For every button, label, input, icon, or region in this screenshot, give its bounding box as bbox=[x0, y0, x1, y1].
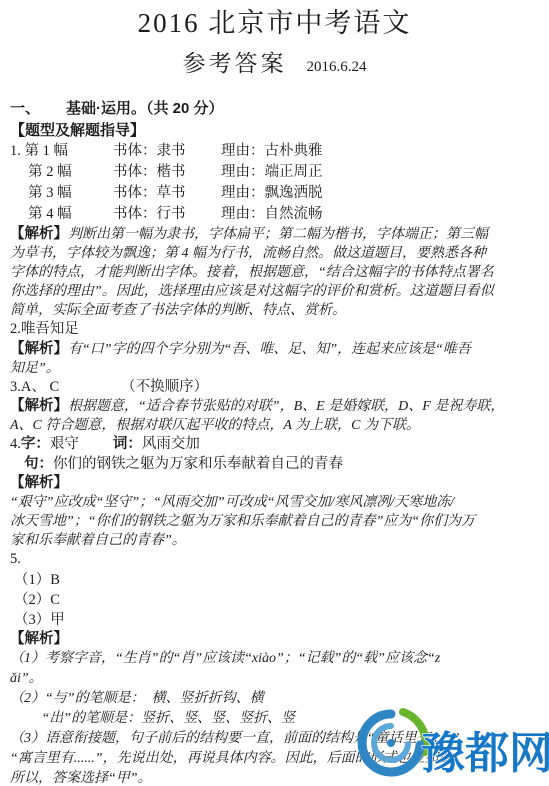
q3-answer: 3.A、 C（不换顺序） bbox=[10, 378, 543, 398]
row-style: 书体：隶书 bbox=[113, 141, 221, 162]
doc-date: 2016.6.24 bbox=[307, 59, 367, 75]
guide-heading: 【题型及解题指导】 bbox=[10, 120, 543, 141]
table-row: 第 4 幅书体：行书理由：自然流畅 bbox=[10, 204, 543, 225]
q5-answer-2: （2）C bbox=[10, 590, 543, 610]
q4-answer-sentence-line: 句：你们的钢铁之躯为万家和乐奉献着自己的青春 bbox=[10, 455, 543, 475]
q5-answer-1: （1）B bbox=[10, 570, 543, 590]
analysis-label: 【解析】 bbox=[10, 226, 68, 242]
row-label: 第 2 幅 bbox=[10, 162, 113, 183]
section-heading: 一、基础·运用。（共 20 分） bbox=[10, 98, 543, 119]
analysis-line: 【解析】有“口”字的四个字分别为“吾、唯、足、知”，连起来应该是“唯吾 bbox=[10, 340, 543, 359]
q2-analysis: 【解析】有“口”字的四个字分别为“吾、唯、足、知”，连起来应该是“唯吾 知足”。 bbox=[10, 340, 543, 378]
q4-analysis-heading: 【解析】 bbox=[10, 474, 543, 493]
q1-answer-table: 1. 第 1 幅书体：隶书理由：古朴典雅 第 2 幅书体：楷书理由：端正周正 第… bbox=[10, 141, 543, 225]
analysis-line: 【解析】判断出第一幅为隶书，字体扁平；第二幅为楷书，字体端正；第三幅 bbox=[10, 225, 543, 244]
section-number: 一、 bbox=[10, 100, 40, 117]
analysis-label: 【解析】 bbox=[10, 475, 68, 491]
yudu-watermark: 豫都网 bbox=[357, 706, 549, 786]
analysis-label: 【解析】 bbox=[10, 631, 68, 647]
doc-subtitle: 参考答案 bbox=[183, 51, 287, 76]
row-style: 书体：楷书 bbox=[113, 162, 221, 183]
row-style: 书体：草书 bbox=[113, 183, 221, 204]
q4-ju-value: 你们的钢铁之躯为万家和乐奉献着自己的青春 bbox=[53, 456, 343, 472]
q5-number: 5. bbox=[10, 550, 543, 570]
table-row: 1. 第 1 幅书体：隶书理由：古朴典雅 bbox=[10, 141, 543, 162]
analysis-line: 冰天雪地”；“你们的钢铁之躯为万家和乐奉献着自己的青春”应为“你们为万 bbox=[10, 512, 543, 531]
analysis-text: 判断出第一幅为隶书，字体扁平；第二幅为楷书，字体端正；第三幅 bbox=[68, 227, 488, 242]
content-body: 一、基础·运用。（共 20 分） 【题型及解题指导】 1. 第 1 幅书体：隶书… bbox=[0, 98, 549, 786]
q3-analysis: 【解析】根据题意，“适合春节张贴的对联”，B、E 是婚嫁联，D、F 是祝寿联， … bbox=[10, 397, 543, 435]
analysis-label: 【解析】 bbox=[10, 398, 68, 414]
watermark-text: 豫都网 bbox=[421, 729, 549, 778]
q5-analysis-heading: 【解析】 bbox=[10, 630, 543, 649]
table-row: 第 3 幅书体：草书理由：飘逸洒脱 bbox=[10, 183, 543, 204]
q4-answer-word-line: 4.字：艰守词：风雨交加 bbox=[10, 435, 543, 455]
q5-answer-3: （3）甲 bbox=[10, 610, 543, 630]
analysis-line: 为草书，字体较为飘逸；第 4 幅为行书，流畅自然。做这道题目，要熟悉各种 bbox=[10, 244, 543, 263]
analysis-text: 有“口”字的四个字分别为“吾、唯、足、知”，连起来应该是“唯吾 bbox=[68, 342, 471, 357]
analysis-line: 字体的特点，才能判断出字体。接着，根据题意，“结合这幅字的书体特点署名 bbox=[10, 263, 543, 282]
q4-analysis: “艰守”应改成“坚守”；“风雨交加”可改成“风雪交加/寒风凛冽/天寒地冻/ 冰天… bbox=[10, 493, 543, 550]
q3-note: （不换顺序） bbox=[121, 379, 208, 395]
analysis-line: 简单，实际全面考查了书法字体的判断、特点、赏析。 bbox=[10, 301, 543, 320]
doc-title: 2016 北京市中考语文 bbox=[0, 0, 549, 40]
q4-zi-value: 艰守 bbox=[50, 436, 79, 452]
analysis-line: （1）考察字音，“生肖”的“肖”应该读“xiào”；“记载”的“载”应该念“z bbox=[10, 649, 543, 669]
q4-number: 4. bbox=[10, 436, 21, 452]
subtitle-row: 参考答案2016.6.24 bbox=[0, 45, 549, 78]
analysis-line: ǎi”。 bbox=[10, 669, 543, 689]
table-row: 第 2 幅书体：楷书理由：端正周正 bbox=[10, 162, 543, 183]
analysis-line: 家和乐奉献着自己的青春”。 bbox=[10, 531, 543, 550]
spiral-logo-icon bbox=[362, 712, 426, 772]
analysis-text: 根据题意，“适合春节张贴的对联”，B、E 是婚嫁联，D、F 是祝寿联， bbox=[68, 399, 504, 414]
section-title: 基础·运用。（共 20 分） bbox=[66, 100, 224, 117]
row-reason: 理由：古朴典雅 bbox=[221, 141, 323, 162]
row-reason: 理由：飘逸洒脱 bbox=[221, 183, 323, 204]
analysis-line: 你选择的理由”。因此，选择理由应该是对这幅字的评价和赏析。这道题目看似 bbox=[10, 282, 543, 301]
analysis-line: 【解析】根据题意，“适合春节张贴的对联”，B、E 是婚嫁联，D、F 是祝寿联， bbox=[10, 397, 543, 416]
q3-answer-text: 3.A、 C bbox=[10, 379, 59, 395]
analysis-line: A、C 符合题意，根据对联仄起平收的特点，A 为上联，C 为下联。 bbox=[10, 416, 543, 435]
q1-analysis: 【解析】判断出第一幅为隶书，字体扁平；第二幅为楷书，字体端正；第三幅 为草书，字… bbox=[10, 225, 543, 320]
q4-ci-label: 词： bbox=[113, 436, 142, 452]
row-style: 书体：行书 bbox=[113, 204, 221, 225]
row-reason: 理由：自然流畅 bbox=[221, 204, 323, 225]
q4-zi-label: 字： bbox=[21, 436, 50, 452]
analysis-line: “艰守”应改成“坚守”；“风雨交加”可改成“风雪交加/寒风凛冽/天寒地冻/ bbox=[10, 493, 543, 512]
row-label: 1. 第 1 幅 bbox=[10, 141, 113, 162]
q4-ju-label: 句： bbox=[24, 456, 53, 472]
row-label: 第 4 幅 bbox=[10, 204, 113, 225]
row-reason: 理由：端正周正 bbox=[221, 162, 323, 183]
answer-document: 2016 北京市中考语文 参考答案2016.6.24 一、基础·运用。（共 20… bbox=[0, 0, 549, 786]
analysis-label: 【解析】 bbox=[10, 341, 68, 357]
q4-ci-value: 风雨交加 bbox=[142, 436, 200, 452]
q2-answer: 2.唯吾知足 bbox=[10, 320, 543, 340]
analysis-line: 知足”。 bbox=[10, 359, 543, 378]
row-label: 第 3 幅 bbox=[10, 183, 113, 204]
